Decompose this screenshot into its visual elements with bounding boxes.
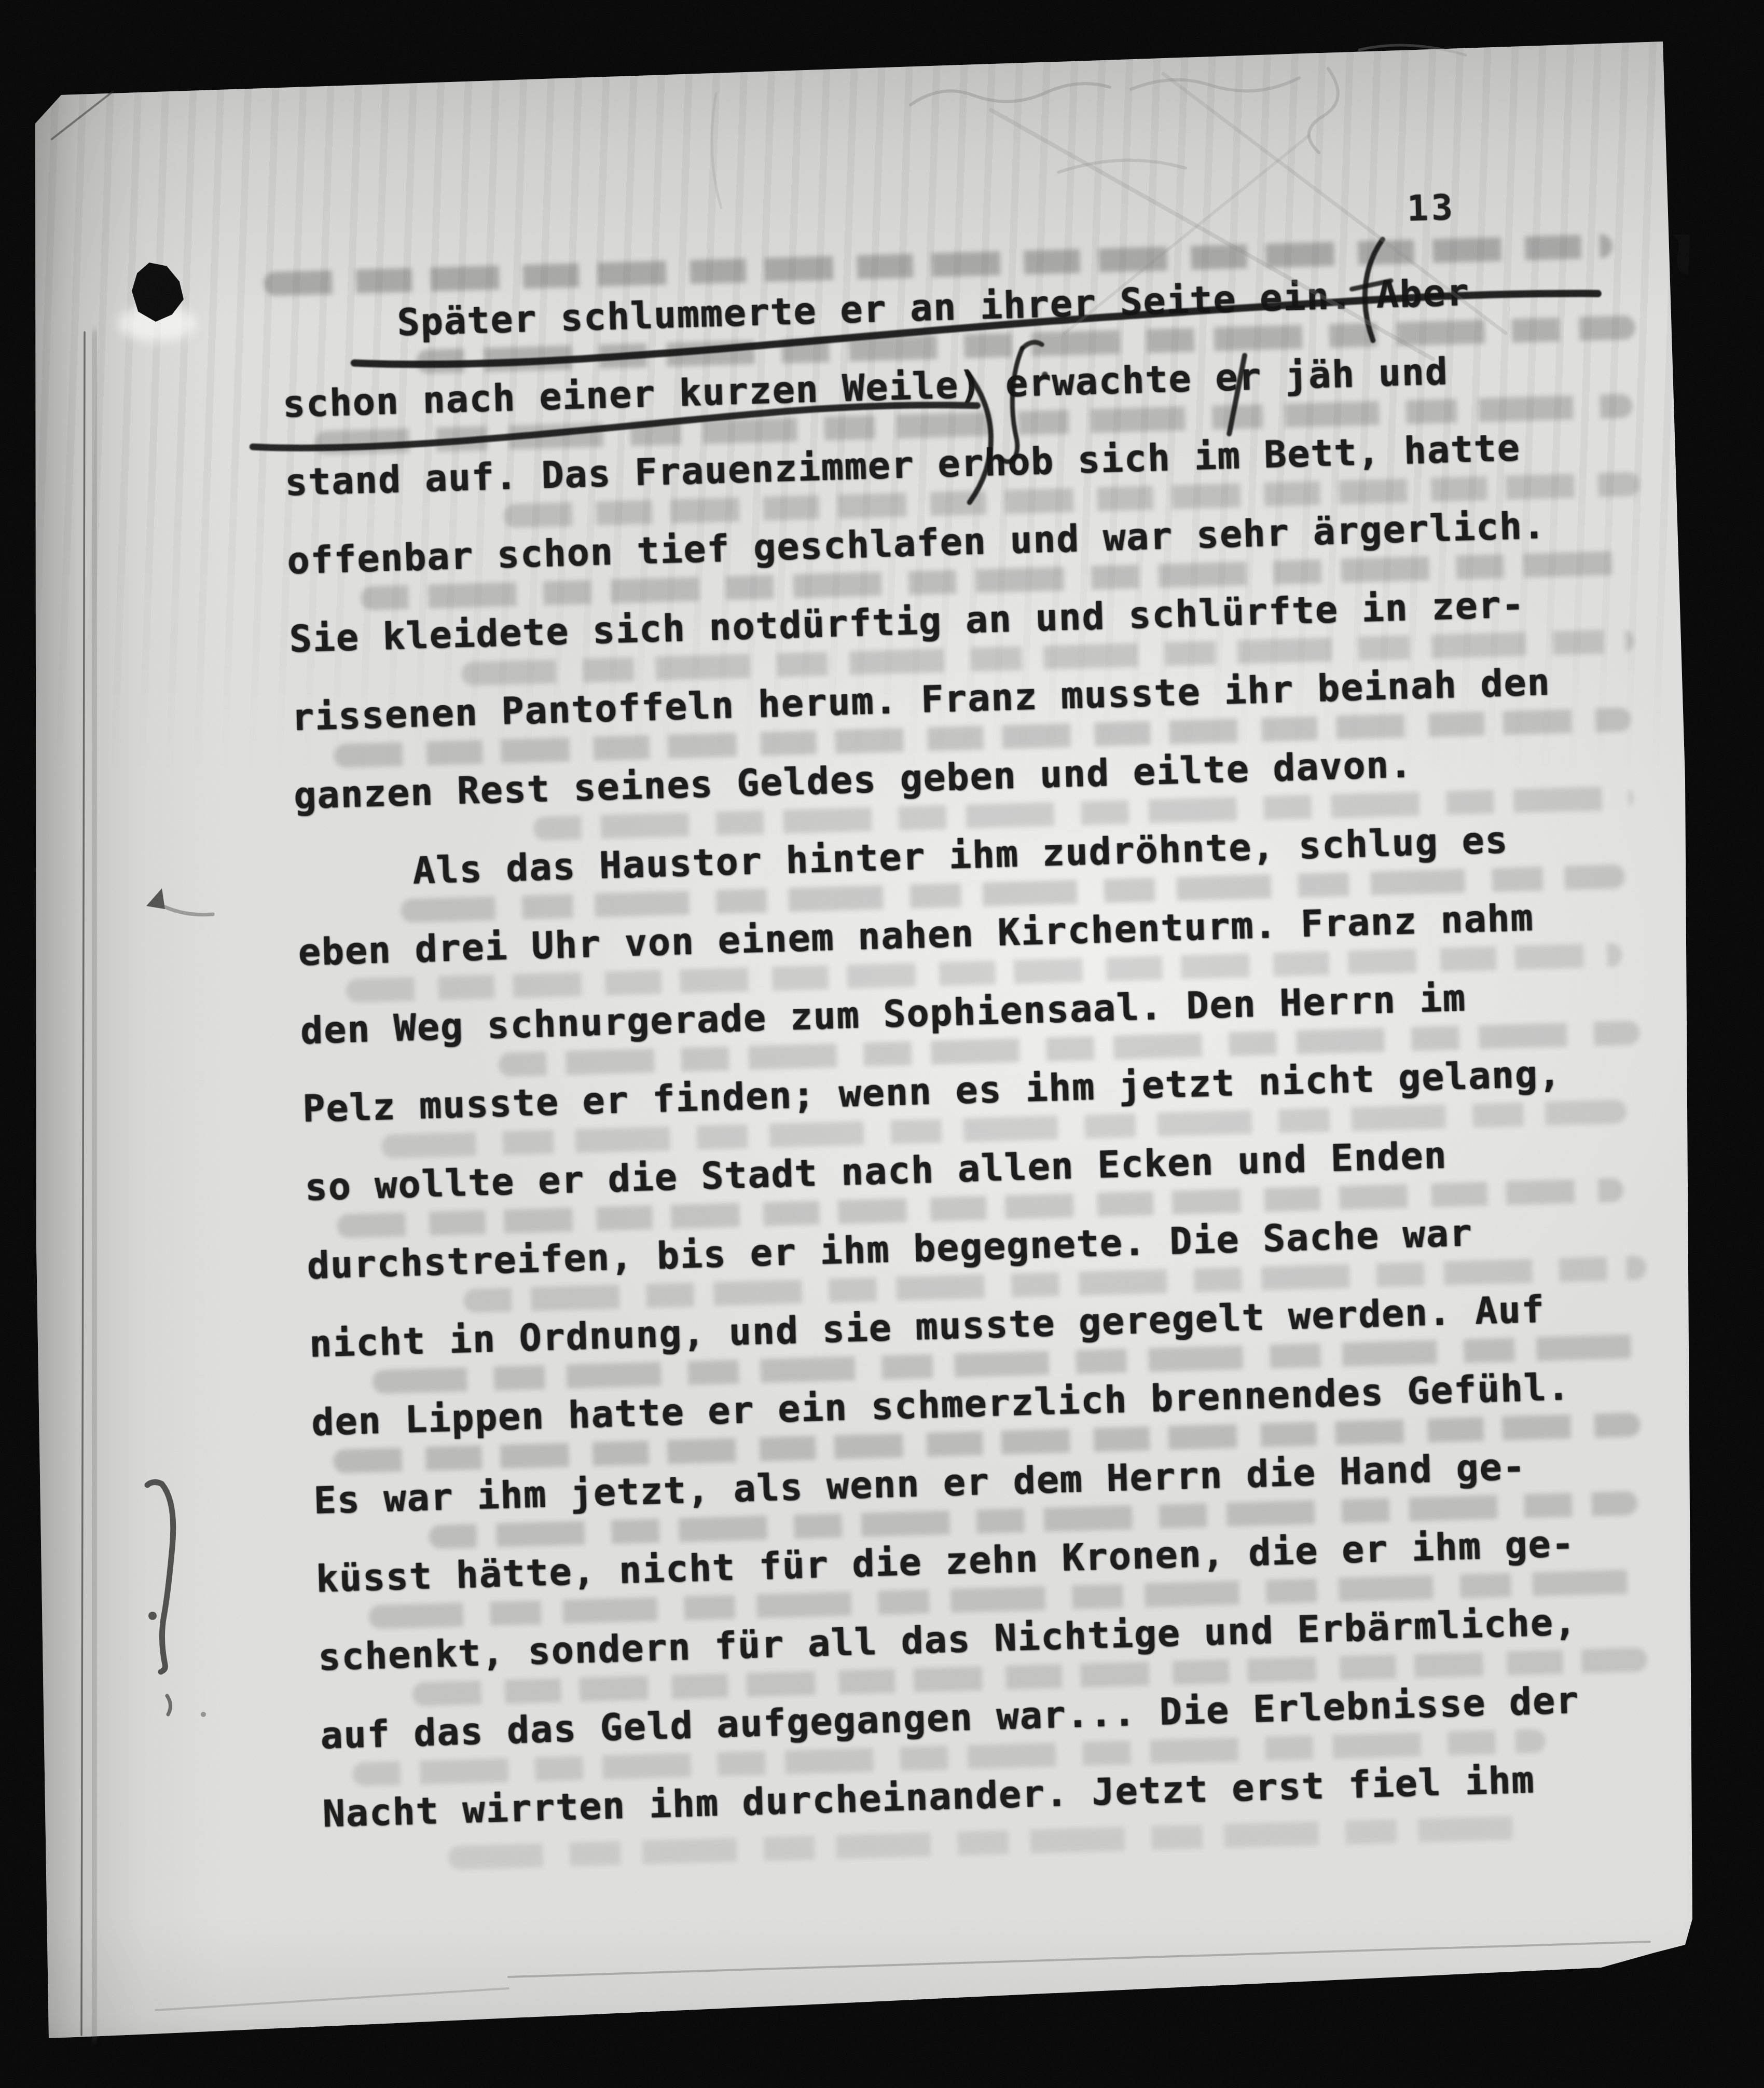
handwritten-loop-mark <box>998 348 1025 462</box>
handwritten-paren-mark <box>966 373 993 502</box>
manuscript-page: 13 Später schlummerte er an ihrer Seite … <box>0 0 1764 2088</box>
handwritten-loop-hook <box>1022 342 1042 348</box>
typed-text-block: Später schlummerte er an ihrer Seite ein… <box>280 267 1610 1870</box>
handwritten-f-crossbar <box>1352 281 1391 289</box>
strikethrough-line-2 <box>252 403 978 450</box>
handwritten-f-mark <box>1363 239 1386 340</box>
handwritten-dot <box>1042 372 1048 378</box>
scan-background: { "document": { "page_number": "13", "la… <box>0 0 1764 2088</box>
strikethrough-line-1 <box>353 292 1599 367</box>
edge-tear <box>1672 235 1690 275</box>
ink-annotations <box>173 160 1727 1967</box>
ink-slash-er <box>1227 355 1247 434</box>
page-number: 13 <box>1407 187 1456 230</box>
